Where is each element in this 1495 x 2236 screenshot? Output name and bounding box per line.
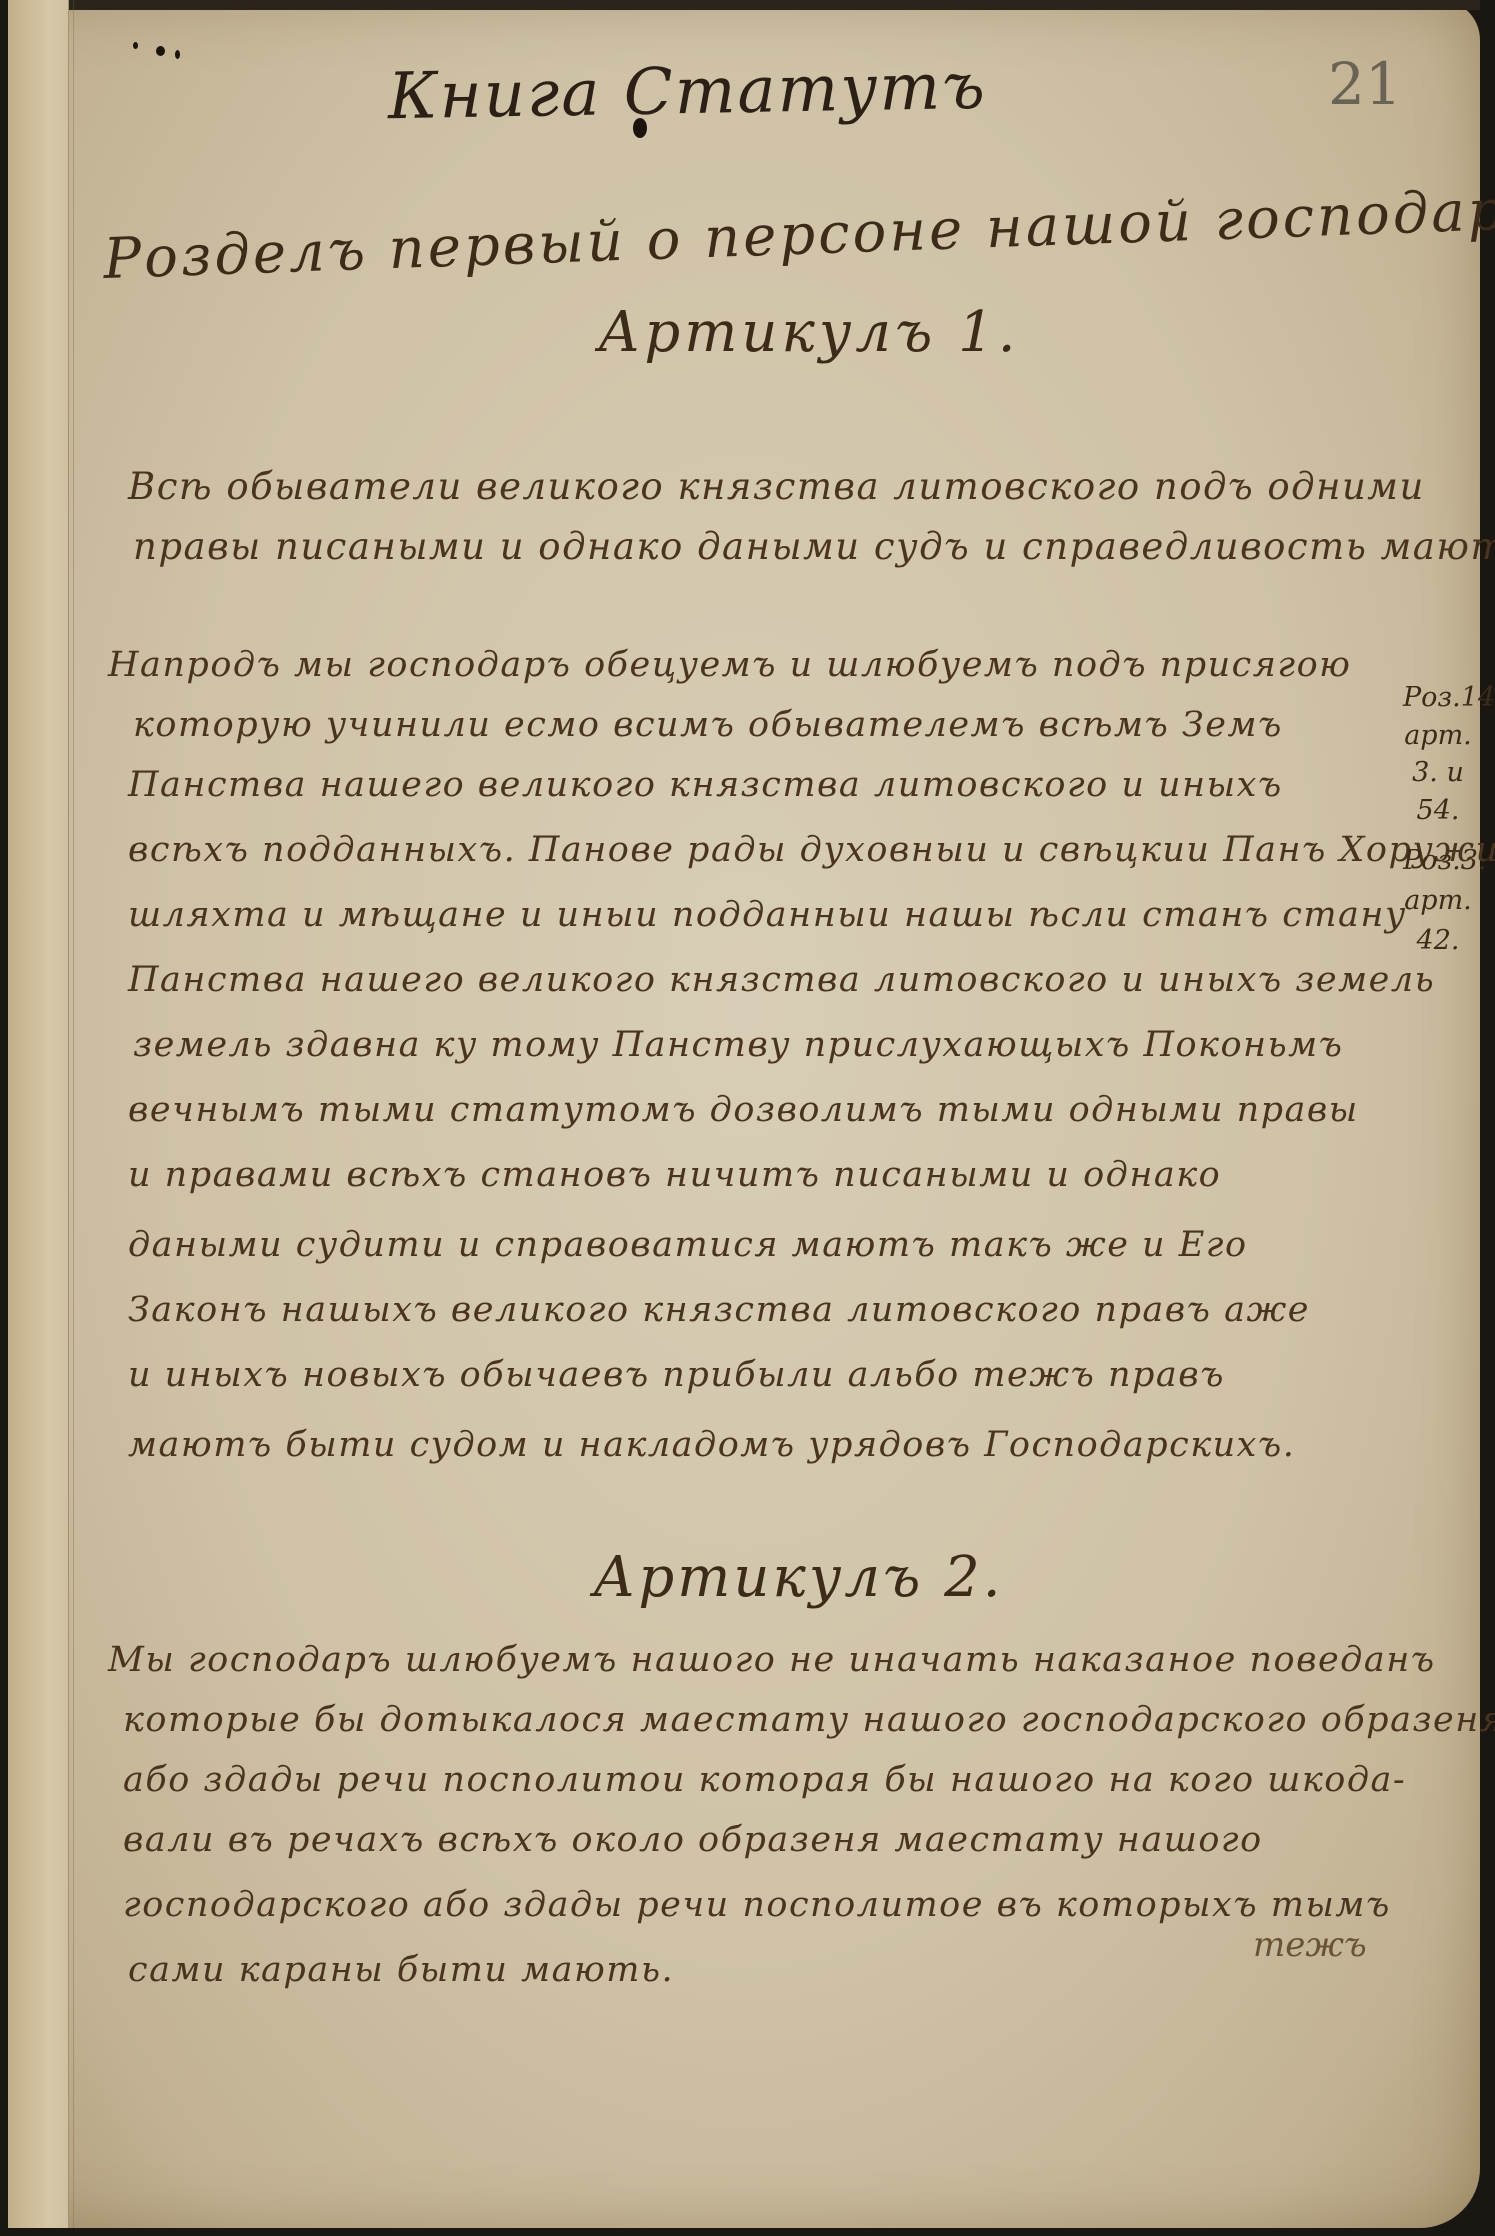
article-1-body-line: шляхта и мѣщане и иныи подданныи нашы ѣс…	[128, 895, 1407, 935]
article-1-body-line: Панства нашего великого князства литовск…	[128, 960, 1435, 1000]
article-1-body-line: даными судити и справоватися маютъ такъ …	[128, 1225, 1248, 1265]
margin-note: Роз.3.	[1403, 845, 1473, 876]
folio-number: 21	[1328, 50, 1402, 118]
article-2-heading: Артикулъ 2.	[593, 1545, 1004, 1610]
manuscript-page: Книга Статутъ 21 Розделъ первый о персон…	[8, 0, 1480, 2228]
article-1-body-line: и правами всѣхъ становъ ничиmъ писаными …	[128, 1155, 1221, 1195]
article-1-body-line: Панства нашего великого князства литовск…	[128, 765, 1283, 805]
article-1-body-line: Законъ нашыхъ великого князства литовско…	[128, 1290, 1310, 1330]
ink-blot	[156, 46, 165, 56]
ink-blot	[175, 50, 180, 59]
page-top-edge	[8, 0, 1480, 10]
article-1-body-line: Напродъ мы господаръ обецуемъ и шлюбуемъ…	[108, 645, 1352, 685]
article-1-body-line: всѣхъ подданныхъ. Панове рады духовныи и…	[128, 830, 1495, 870]
margin-note: арт.	[1403, 720, 1473, 751]
article-2-body-line: вали въ речахъ всѣхъ около образеня маес…	[123, 1820, 1263, 1860]
margin-note: 3. и	[1403, 757, 1473, 788]
article-2-body-line: господарского або здады речи посполитое …	[123, 1885, 1391, 1925]
margin-note: 54.	[1403, 795, 1473, 826]
page-title: Книга Статутъ	[387, 50, 987, 134]
article-2-body-line: або здады речи посполитои которая бы наш…	[123, 1760, 1406, 1800]
section-heading: Розделъ первый о персоне нашой господарс…	[102, 173, 1495, 292]
article-1-intro-line: Всѣ обыватели великого князства литовско…	[128, 465, 1425, 508]
ink-blot	[133, 42, 138, 49]
article-2-body-line: Мы господаръ шлюбуемъ нашого не иначать …	[108, 1640, 1436, 1680]
article-1-body-line: которую учинили есмо всимъ обывателемъ в…	[133, 705, 1283, 745]
article-1-body-line: и иныхъ новыхъ обычаевъ прибыли альбо те…	[128, 1355, 1225, 1395]
catchword: тежъ	[1253, 1925, 1367, 1965]
article-1-heading: Артикулъ 1.	[598, 300, 1020, 365]
article-1-intro-line: правы писаными и однако даными судъ и сп…	[133, 525, 1495, 568]
article-1-body-line: вечнымъ тыми статутомъ дозволимъ тыми од…	[128, 1090, 1359, 1130]
article-2-body-line: которые бы дотыкалося маестату нашого го…	[123, 1700, 1495, 1740]
margin-note: Роз.14.	[1403, 682, 1473, 713]
margin-note: арт.	[1403, 885, 1473, 916]
article-1-body-line: земель здавна ку тому Панству прислухающ…	[133, 1025, 1343, 1065]
margin-note: 42.	[1403, 925, 1473, 956]
article-2-body-line: сами караны быти мають.	[128, 1950, 674, 1990]
margin-rule	[73, 0, 74, 2228]
article-1-body-line: маютъ быти судом и накладомъ урядовъ Гос…	[128, 1425, 1295, 1465]
binding-gutter	[8, 0, 69, 2228]
